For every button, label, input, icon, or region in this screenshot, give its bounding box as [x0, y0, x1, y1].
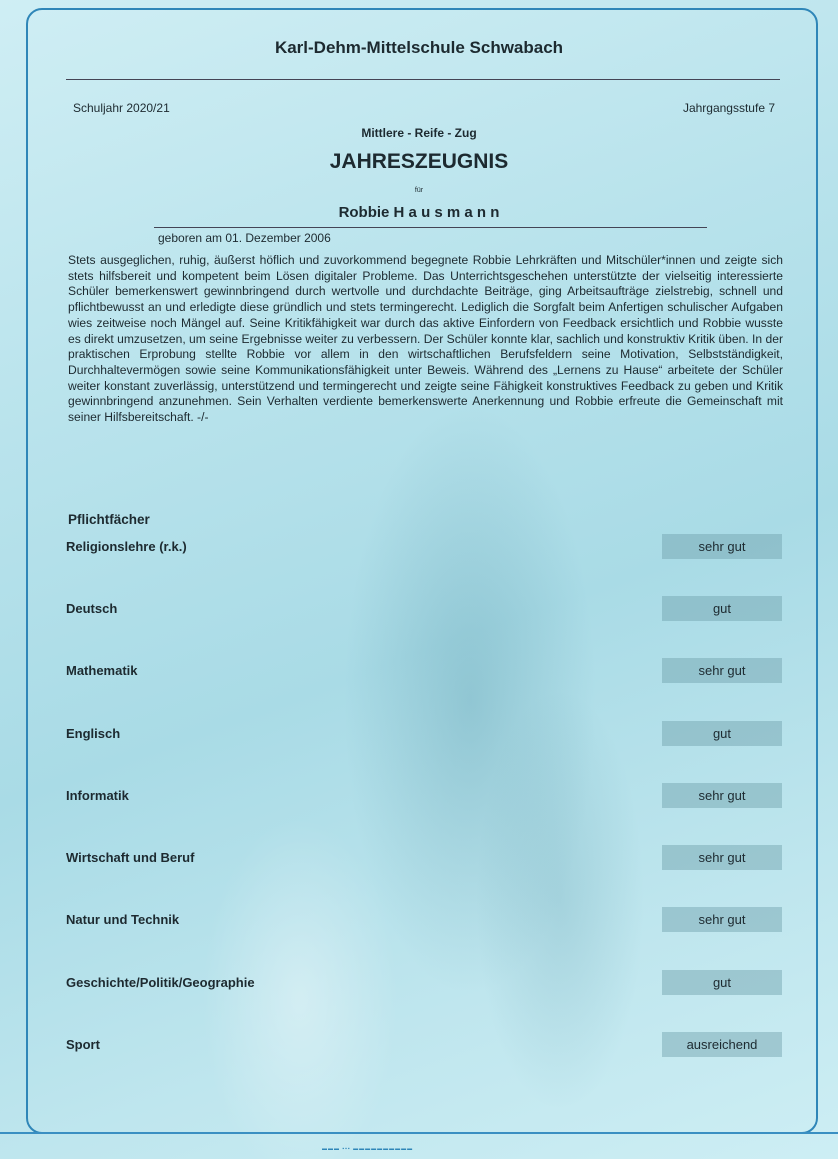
- school-name: Karl-Dehm-Mittelschule Schwabach: [0, 38, 838, 58]
- general-remark: Stets ausgeglichen, ruhig, äußerst höfli…: [68, 253, 783, 426]
- subject-name: Mathematik: [66, 663, 138, 678]
- subject-row: Deutschgut: [66, 596, 782, 622]
- subject-row: Natur und Techniksehr gut: [66, 907, 782, 933]
- track-label: Mittlere - Reife - Zug: [0, 126, 838, 140]
- subject-row: Wirtschaft und Berufsehr gut: [66, 845, 782, 871]
- name-divider: [154, 227, 707, 228]
- subject-grade: sehr gut: [662, 783, 782, 808]
- document-title: JAHRESZEUGNIS: [0, 150, 838, 174]
- subject-name: Geschichte/Politik/Geographie: [66, 975, 255, 990]
- subject-grade: gut: [662, 721, 782, 746]
- subject-grade: ausreichend: [662, 1032, 782, 1057]
- subject-grade: sehr gut: [662, 907, 782, 932]
- subject-name: Wirtschaft und Beruf: [66, 850, 194, 865]
- subject-grade: gut: [662, 596, 782, 621]
- subject-row: Informatiksehr gut: [66, 783, 782, 809]
- subject-name: Sport: [66, 1037, 100, 1052]
- subject-grade: gut: [662, 970, 782, 995]
- printer-logo-icon: ▬▬▬ ▪▪▪ ▬▬▬▬▬▬▬▬▬▬: [322, 1146, 413, 1152]
- subject-name: Religionslehre (r.k.): [66, 539, 187, 554]
- subject-name: Informatik: [66, 788, 129, 803]
- subject-grade: sehr gut: [662, 845, 782, 870]
- for-label: für: [0, 187, 838, 194]
- subject-grade: sehr gut: [662, 534, 782, 559]
- subject-grade: sehr gut: [662, 658, 782, 683]
- subject-row: Mathematiksehr gut: [66, 658, 782, 684]
- subject-row: Geschichte/Politik/Geographiegut: [66, 970, 782, 996]
- school-year: Schuljahr 2020/21: [73, 101, 170, 115]
- subject-name: Deutsch: [66, 601, 117, 616]
- grade-level: Jahrgangsstufe 7: [683, 101, 775, 115]
- subject-name: Englisch: [66, 726, 120, 741]
- subject-name: Natur und Technik: [66, 912, 179, 927]
- header-divider: [66, 79, 780, 80]
- subjects-heading: Pflichtfächer: [68, 512, 150, 527]
- birth-date: geboren am 01. Dezember 2006: [158, 231, 331, 245]
- subject-row: Religionslehre (r.k.)sehr gut: [66, 534, 782, 560]
- document-frame: [26, 8, 818, 1134]
- subject-row: Englischgut: [66, 721, 782, 747]
- frame-bottom-line: [0, 1132, 838, 1134]
- subject-row: Sportausreichend: [66, 1032, 782, 1058]
- student-name: Robbie H a u s m a n n: [0, 204, 838, 221]
